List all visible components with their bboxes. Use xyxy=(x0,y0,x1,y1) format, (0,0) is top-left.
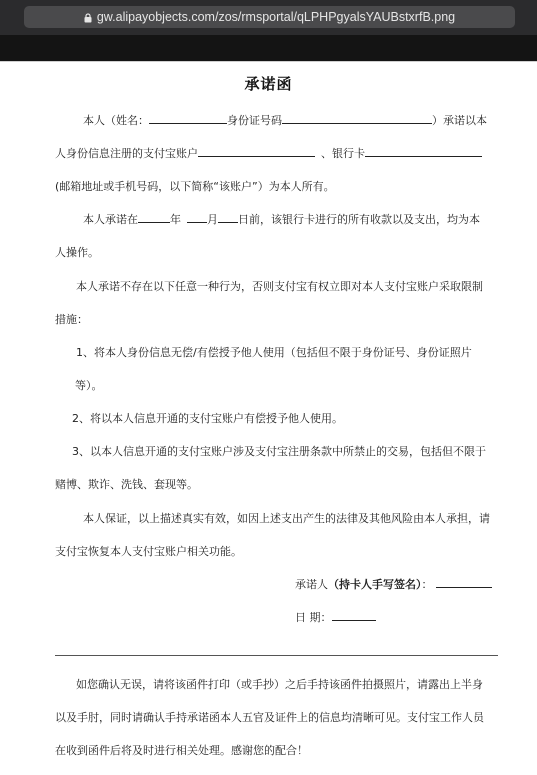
para4-line1: 本人保证，以上描述真实有效，如因上述支出产生的法律及其他风险由本人承担，请 xyxy=(83,510,490,526)
alipay-account-blank[interactable] xyxy=(198,145,315,157)
para1-line2: 人身份信息注册的支付宝账户、银行卡 xyxy=(55,145,482,161)
date-blank[interactable] xyxy=(332,609,376,621)
month-label: 月 xyxy=(207,213,218,226)
year-label: 年 xyxy=(170,213,181,226)
list-item-3-line2: 赌博、欺诈、洗钱、套现等。 xyxy=(55,476,198,492)
day-blank[interactable] xyxy=(218,211,238,223)
year-blank[interactable] xyxy=(138,211,170,223)
bank-card-blank[interactable] xyxy=(365,145,482,157)
para1-text: ）承诺以本 xyxy=(432,114,487,127)
page-edge xyxy=(0,61,537,62)
date-label: 日 期： xyxy=(295,611,332,624)
signer-label: 承诺人 xyxy=(295,578,328,591)
list-item-1-line2: 等）。 xyxy=(75,377,103,393)
id-number-blank[interactable] xyxy=(282,112,432,124)
name-label: 本人（姓名： xyxy=(83,114,149,127)
para1-line3: (邮箱地址或手机号码，以下简称“该账户”）为本人所有。 xyxy=(55,178,335,194)
alipay-account-label: 人身份信息注册的支付宝账户 xyxy=(55,147,198,160)
para2-line1: 本人承诺在年月日前，该银行卡进行的所有收款以及支出，均为本 xyxy=(83,211,480,227)
note-line3: 在收到函件后将及时进行相关处理。感谢您的配合！ xyxy=(55,742,308,758)
document-title: 承诺函 xyxy=(0,73,537,94)
address-bar[interactable]: gw.alipayobjects.com/zos/rmsportal/qLPHP… xyxy=(24,6,515,28)
signer-note: （持卡人手写签名） xyxy=(328,578,422,591)
divider xyxy=(55,655,498,656)
note-line2: 以及手肘，同时请确认手持承诺函本人五官及证件上的信息均清晰可见。支付宝工作人员 xyxy=(55,709,484,725)
para3-line2: 措施： xyxy=(55,311,88,327)
browser-tab-strip xyxy=(0,35,537,61)
para1-line1: 本人（姓名：身份证号码）承诺以本 xyxy=(83,112,487,128)
lock-icon xyxy=(84,13,92,23)
id-number-label: 身份证号码 xyxy=(227,114,282,127)
list-item-1-line1: 1、将本人身份信息无偿/有偿授予他人使用（包括但不限于身份证号、身份证照片 xyxy=(76,344,472,360)
para2-line2: 人操作。 xyxy=(55,244,99,260)
signature-line: 承诺人（持卡人手写签名）： xyxy=(295,576,492,592)
signer-colon: ： xyxy=(422,578,433,591)
url-text: gw.alipayobjects.com/zos/rmsportal/qLPHP… xyxy=(97,10,455,24)
date-line: 日 期： xyxy=(295,609,376,625)
para3-line1: 本人承诺不存在以下任意一种行为，否则支付宝有权立即对本人支付宝账户采取限制 xyxy=(76,278,483,294)
browser-toolbar: gw.alipayobjects.com/zos/rmsportal/qLPHP… xyxy=(0,0,537,35)
list-item-3-line1: 3、以本人信息开通的支付宝账户涉及支付宝注册条款中所禁止的交易，包括但不限于 xyxy=(72,443,486,459)
bank-card-label: 、银行卡 xyxy=(321,147,365,160)
para4-line2: 支付宝恢复本人支付宝账户相关功能。 xyxy=(55,543,242,559)
month-blank[interactable] xyxy=(187,211,207,223)
note-line1: 如您确认无误，请将该函件打印（或手抄）之后手持该函件拍摄照片，请露出上半身 xyxy=(76,676,483,692)
day-label: 日前，该银行卡进行的所有收款以及支出，均为本 xyxy=(238,213,480,226)
signature-blank[interactable] xyxy=(436,576,492,588)
para2-text: 本人承诺在 xyxy=(83,213,138,226)
name-blank[interactable] xyxy=(149,112,227,124)
list-item-2: 2、将以本人信息开通的支付宝账户有偿授予他人使用。 xyxy=(72,410,343,426)
